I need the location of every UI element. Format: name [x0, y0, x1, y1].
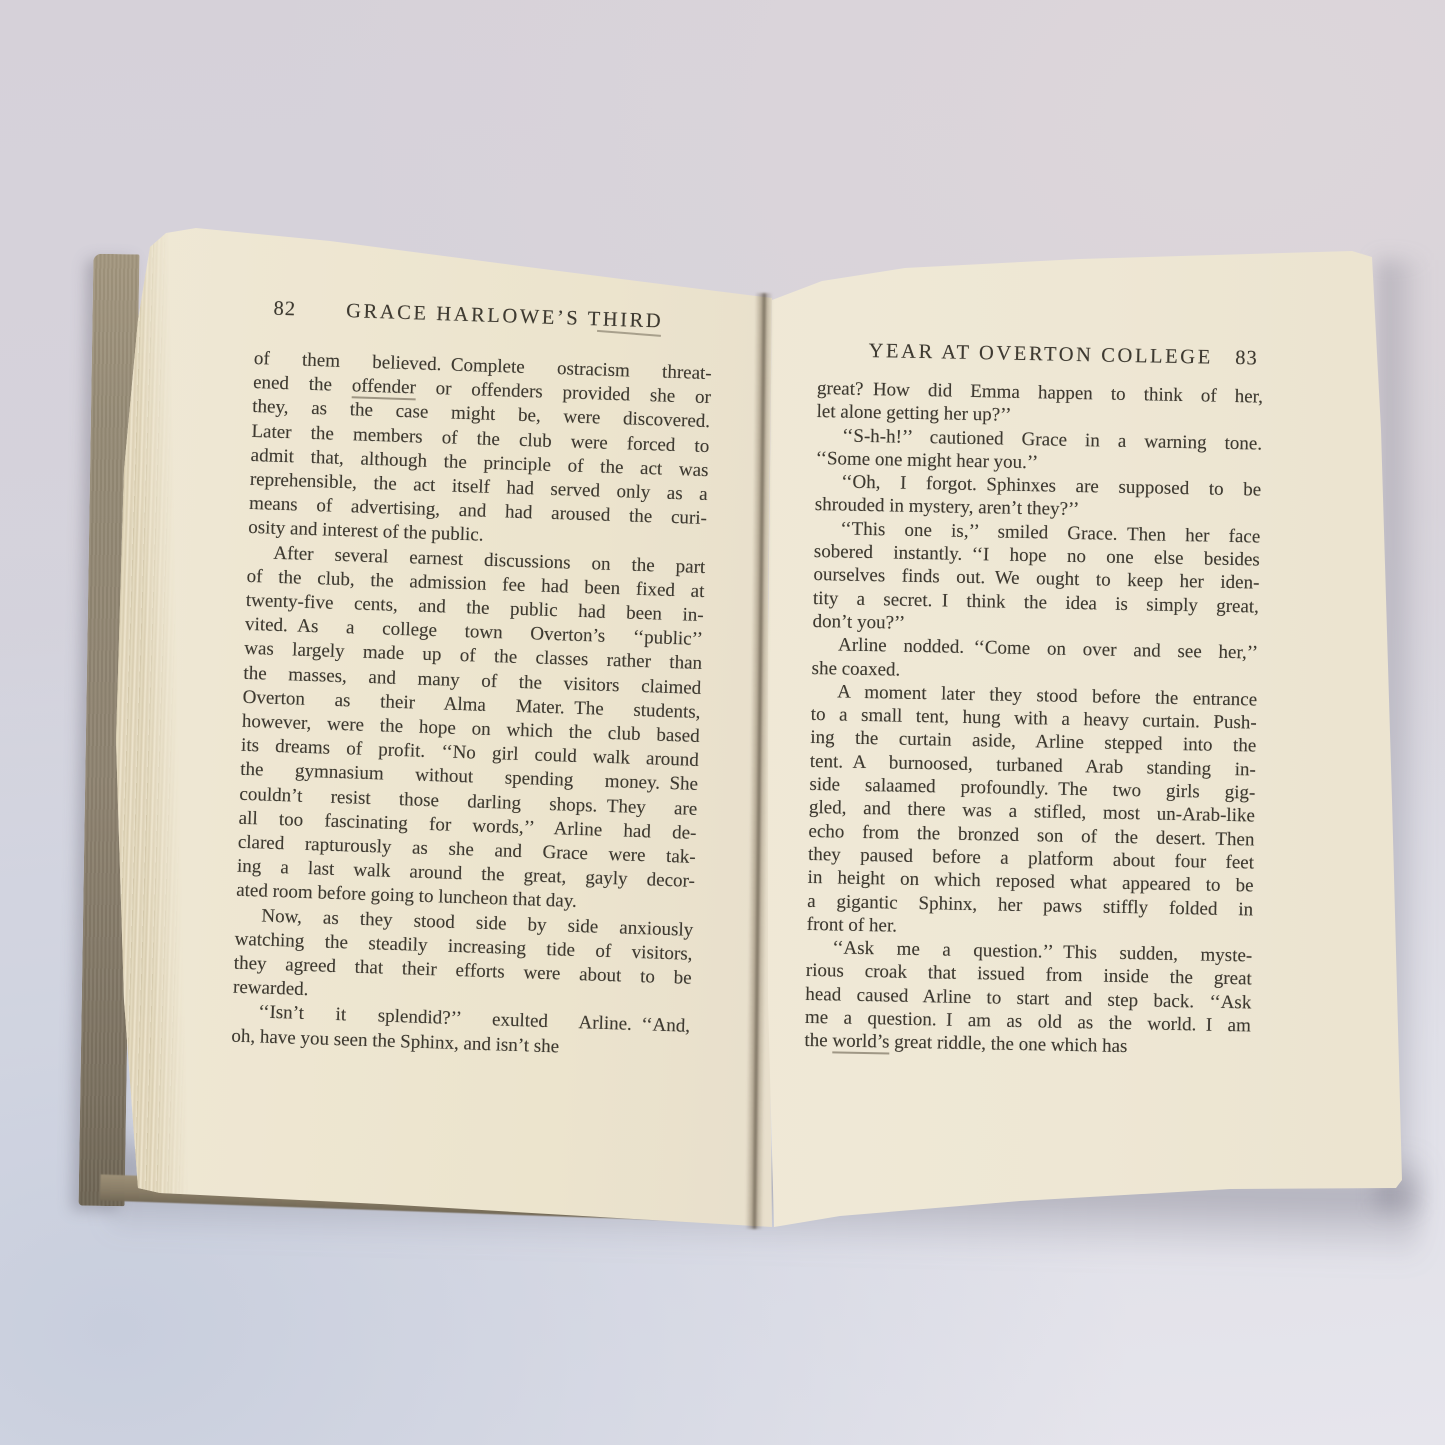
pencil-underline: offender	[351, 375, 416, 400]
pencil-underline: world’s	[832, 1031, 889, 1055]
left-page-text: 82 GRACE HARLOWE’S THIRD of them believe…	[231, 296, 714, 1064]
right-page-body: great? How did Emma happen to think of h…	[804, 377, 1263, 1061]
right-page-text: YEAR AT OVERTON COLLEGE 83 great? How di…	[804, 338, 1264, 1061]
photo-background: { "photo": { "background_color": "#d6d2d…	[0, 0, 1445, 1445]
running-title: YEAR AT OVERTON COLLEGE	[868, 340, 1213, 369]
page-number: 82	[255, 296, 296, 321]
page-number: 83	[1235, 346, 1258, 370]
left-page-body: of them believed. Complete ostracism thr…	[231, 347, 712, 1064]
